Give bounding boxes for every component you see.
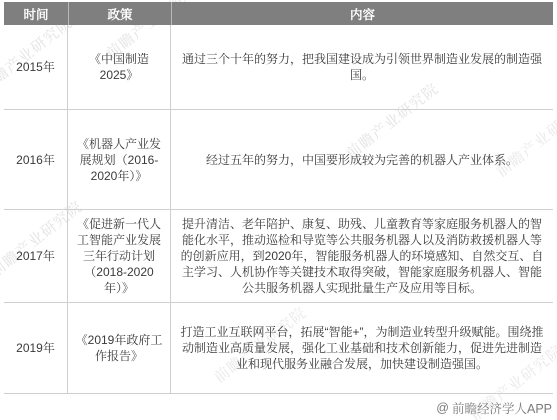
table-row: 2017年 《促进新一代人工智能产业发展三年行动计划（2018-2020年）》 … [4, 210, 553, 303]
cell-year: 2015年 [4, 25, 68, 109]
source-label: 前瞻经济学人APP [452, 399, 552, 417]
policy-table-figure: 前瞻产业研究院 前瞻产业研究院 前瞻产业研究院 前瞻产业研究院 前瞻产业研究院 … [0, 0, 557, 420]
table-row: 2016年 《机器人产业发展规划（2016-2020年）》 经过五年的努力，中国… [4, 110, 553, 210]
table-header-row: 时间 政策 内容 [4, 2, 553, 25]
cell-year: 2017年 [4, 210, 68, 302]
table-row: 2015年 《中国制造2025》 通过三个十年的努力，把我国建设成为引领世界制造… [4, 25, 553, 110]
cell-content: 打造工业互联网平台，拓展“智能+”，为制造业转型升级赋能。围绕推动制造业高质量发… [171, 303, 553, 393]
cell-year: 2019年 [4, 303, 68, 393]
cell-policy: 《机器人产业发展规划（2016-2020年）》 [68, 110, 171, 209]
cell-content: 经过五年的努力，中国要形成较为完善的机器人产业体系。 [171, 110, 553, 209]
cell-policy: 《2019年政府工作报告》 [68, 303, 171, 393]
table-row: 2019年 《2019年政府工作报告》 打造工业互联网平台，拓展“智能+”，为制… [4, 303, 553, 394]
cell-policy: 《促进新一代人工智能产业发展三年行动计划（2018-2020年）》 [68, 210, 171, 302]
header-policy: 政策 [68, 2, 171, 25]
header-time: 时间 [4, 2, 68, 25]
policy-table: 时间 政策 内容 2015年 《中国制造2025》 通过三个十年的努力，把我国建… [4, 2, 553, 394]
source-attribution: @ 前瞻经济学人APP [436, 399, 552, 417]
header-content: 内容 [171, 2, 553, 25]
cell-year: 2016年 [4, 110, 68, 209]
cell-policy: 《中国制造2025》 [68, 25, 171, 109]
cell-content: 提升清洁、老年陪护、康复、助残、儿童教育等家庭服务机器人的智能化水平，推动巡检和… [171, 210, 553, 302]
cell-content: 通过三个十年的努力，把我国建设成为引领世界制造业发展的制造强国。 [171, 25, 553, 109]
source-logo-at: @ [436, 401, 449, 415]
